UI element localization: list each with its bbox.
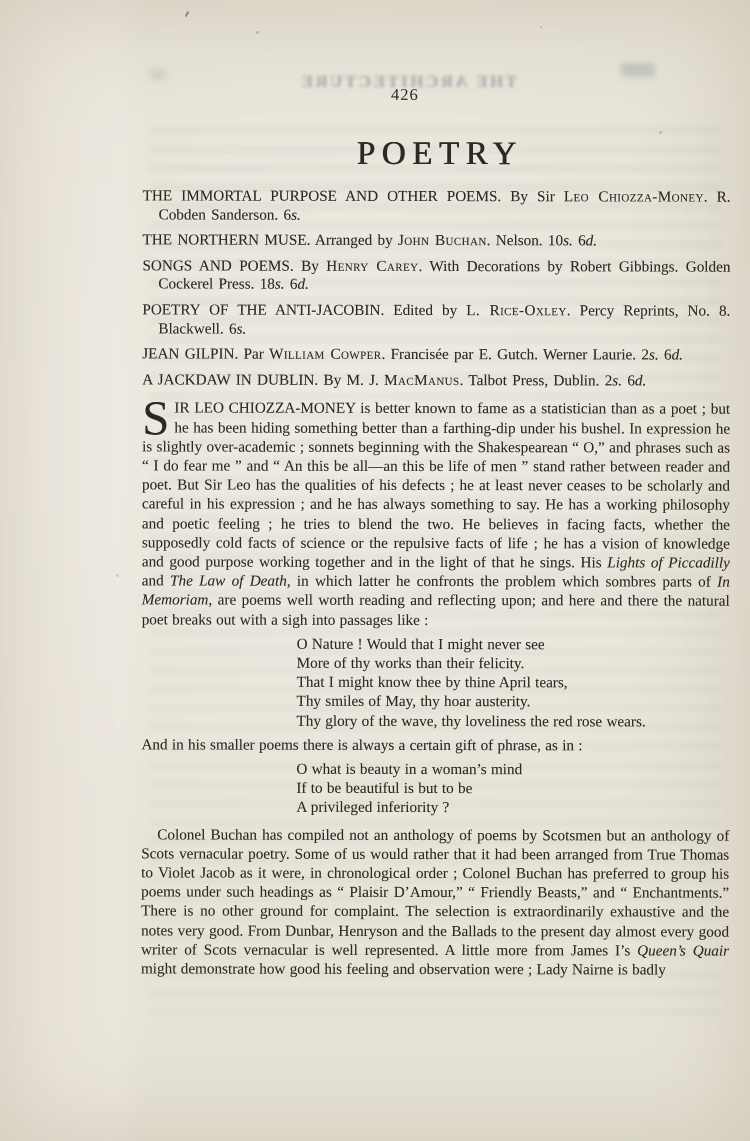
book-entry: JEAN GILPIN. Par William Cowper. Francis… [142,346,730,366]
verse-line: Thy glory of the wave, thy loveliness th… [296,711,729,731]
verse-line: More of thy works than their felicity. [297,654,730,674]
verse-line: Thy smiles of May, thy hoar austerity. [297,692,730,712]
verse-line: If to be beautiful is but to be [296,779,729,799]
review-text: SIR LEO CHIOZZA-MONEY is better known to… [141,399,730,980]
page-number: 426 [143,0,731,106]
book-list: THE IMMORTAL PURPOSE AND OTHER POEMS. By… [142,187,730,391]
verse-line: O what is beauty in a woman’s mind [296,760,729,780]
book-entry: THE IMMORTAL PURPOSE AND OTHER POEMS. By… [143,187,731,225]
book-entry: A JACKDAW IN DUBLIN. By M. J. MacManus. … [142,371,730,391]
book-entry: THE NORTHERN MUSE. Arranged by John Buch… [143,232,731,252]
page-title: POETRY [143,135,731,173]
review-paragraph-2: Colonel Buchan has compiled not an antho… [141,825,729,980]
paper-speck [116,574,119,577]
review-paragraph-1: SIR LEO CHIOZZA-MONEY is better known to… [142,399,730,631]
text-block: 426 POETRY THE IMMORTAL PURPOSE AND OTHE… [141,0,731,980]
paragraph-text: IR LEO CHIOZZA-MONEY is better known to … [142,400,730,629]
verse-quote-1: O Nature ! Would that I might never see … [296,634,729,731]
verse-line: A privileged inferiority ? [296,798,729,818]
verse-line: That I might know thee by thine April te… [297,673,730,693]
connector-text: And in his smaller poems there is always… [141,735,729,755]
verse-quote-2: O what is beauty in a woman’s mind If to… [296,760,729,819]
verse-line: O Nature ! Would that I might never see [297,634,730,654]
drop-cap: S [142,399,174,437]
book-page-scan: THE ARCHITECTURE 426 POETRY THE IMMORTAL… [0,0,750,1141]
book-entry: POETRY OF THE ANTI-JACOBIN. Edited by L.… [142,301,730,339]
book-entry: SONGS AND POEMS. By Henry Carey. With De… [142,257,730,295]
